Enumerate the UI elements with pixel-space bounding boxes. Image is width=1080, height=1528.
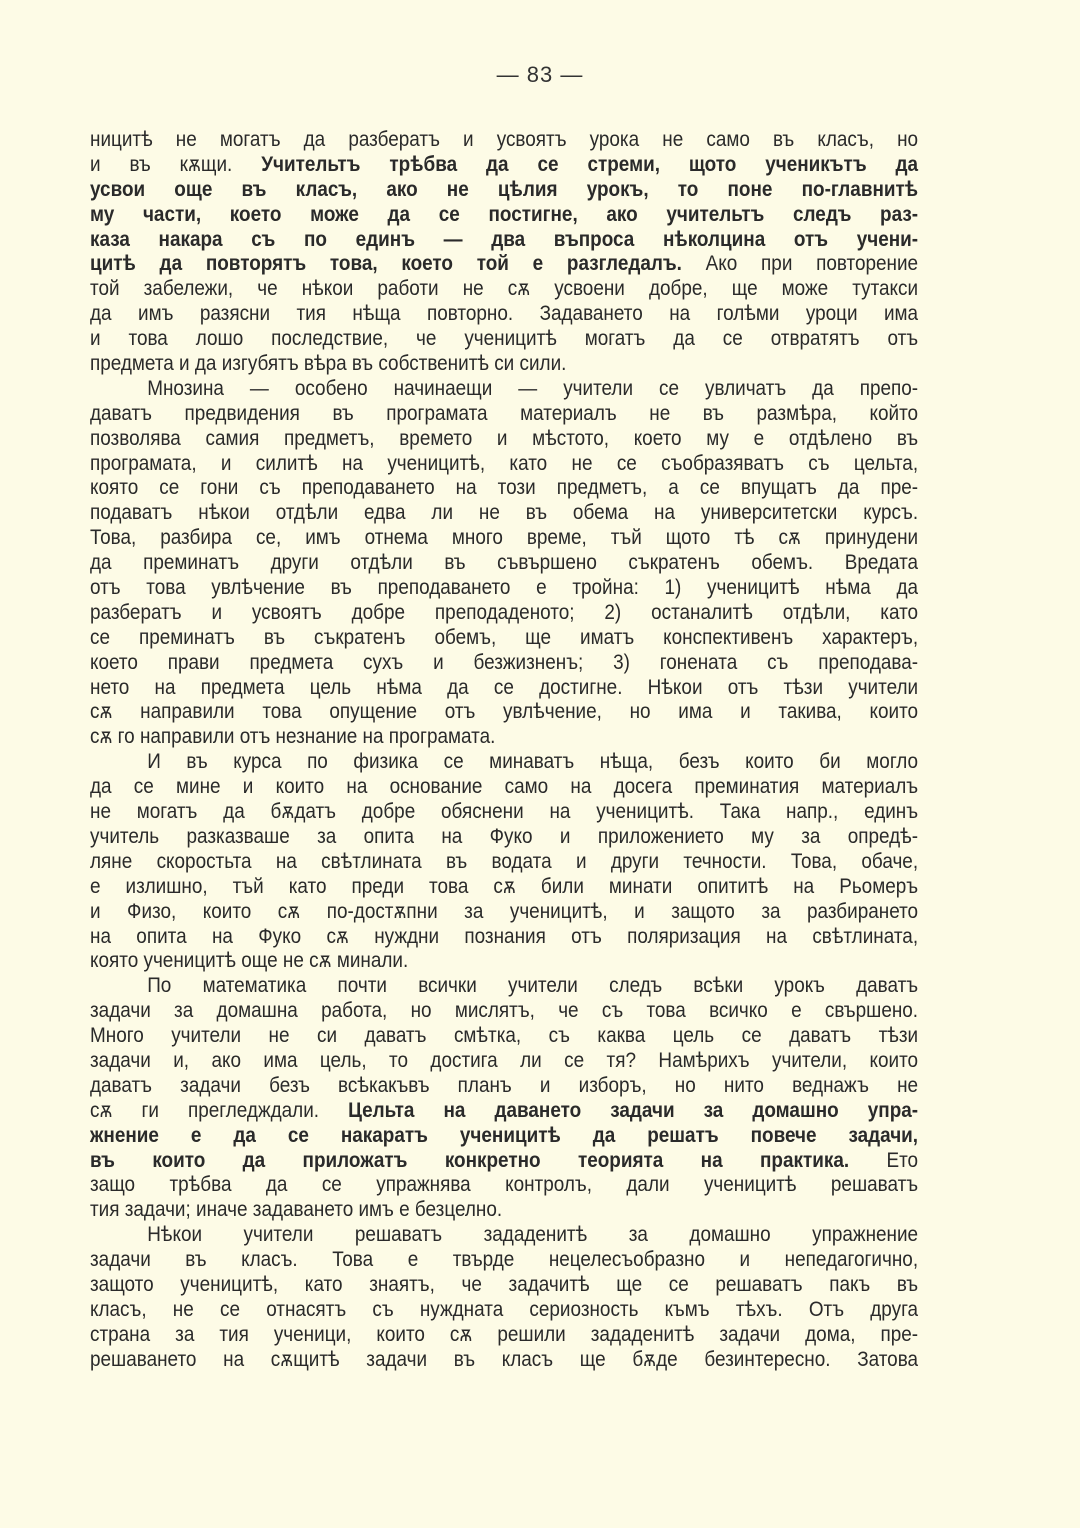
text-line: цитѣ да повторятъ това, което той е разг… bbox=[90, 251, 918, 276]
paragraph: Мнозина — особено начинаещи — учители се… bbox=[90, 376, 918, 749]
text-segment: предмета и да изгубятъ вѣра въ собствени… bbox=[90, 351, 566, 375]
text-line: отъ това увлѣчение въ преподаването е тр… bbox=[90, 575, 918, 600]
text-line: Много учители не си даватъ смѣтка, съ ка… bbox=[90, 1023, 918, 1048]
text-segment: и въ кѫщи. bbox=[90, 152, 261, 176]
emphasized-text: цитѣ да повторятъ това, което той е разг… bbox=[90, 251, 682, 275]
emphasized-text: му части, което може да се постигне, ако… bbox=[90, 202, 918, 226]
text-line: решаването на сѫщитѣ задачи въ класъ ще … bbox=[90, 1347, 918, 1372]
text-line: да преминатъ други отдѣли въ съвършено с… bbox=[90, 550, 918, 575]
text-line: позволява самия предметъ, времето и мѣст… bbox=[90, 426, 918, 451]
text-segment: Ето bbox=[849, 1148, 918, 1172]
text-line: И въ курса по физика се минаватъ нѣща, б… bbox=[90, 749, 918, 774]
text-segment: сѫ ги прегледждали. bbox=[90, 1098, 348, 1122]
text-line: подаватъ нѣкои отдѣли едва ли не въ обем… bbox=[90, 500, 918, 525]
text-segment: да се мине и които на основание само на … bbox=[90, 774, 918, 798]
text-segment: тия задачи; иначе задаването имъ е безце… bbox=[90, 1197, 502, 1221]
text-segment: нето на предмета цель нѣма да се достигн… bbox=[90, 675, 918, 699]
text-line: тия задачи; иначе задаването имъ е безце… bbox=[90, 1197, 918, 1222]
text-line: Това, разбира се, имъ отнема много време… bbox=[90, 525, 918, 550]
text-line: предмета и да изгубятъ вѣра въ собствени… bbox=[90, 351, 918, 376]
text-segment: задачи и, ако има цель, то достига ли се… bbox=[90, 1048, 918, 1072]
text-segment: страна за тия ученици, които сѫ решили з… bbox=[90, 1322, 918, 1346]
text-line: ляне скоростьта на свѣтлината въ водата … bbox=[90, 849, 918, 874]
text-line: защо трѣбва да се упражнява контролъ, да… bbox=[90, 1172, 918, 1197]
paragraph: Нѣкои учители решаватъ зададенитѣ за дом… bbox=[90, 1222, 918, 1371]
text-segment: позволява самия предметъ, времето и мѣст… bbox=[90, 426, 918, 450]
text-segment: разбератъ и усвоятъ добре преподаденото;… bbox=[90, 600, 918, 624]
text-line: класъ, не се отнасятъ съ нуждната сериоз… bbox=[90, 1297, 918, 1322]
text-segment: се преминатъ въ съкратенъ обемъ, ще имат… bbox=[90, 625, 918, 649]
text-segment: отъ това увлѣчение въ преподаването е тр… bbox=[90, 575, 918, 599]
text-segment: сѫ го направили отъ незнание на програма… bbox=[90, 724, 495, 748]
text-line: сѫ го направили отъ незнание на програма… bbox=[90, 724, 918, 749]
text-segment: И въ курса по физика се минаватъ нѣща, б… bbox=[147, 749, 918, 773]
text-segment: което прави предмета сухъ и безжизненъ; … bbox=[90, 650, 918, 674]
text-line: задачи за домашна работа, но мислятъ, че… bbox=[90, 998, 918, 1023]
text-segment: която се гони съ преподаването на този п… bbox=[90, 475, 918, 499]
text-segment: Това, разбира се, имъ отнема много време… bbox=[90, 525, 918, 549]
text-line: даватъ задачи безъ всѣкакъвъ планъ и изб… bbox=[90, 1073, 918, 1098]
text-line: да имъ разясни тия нѣща повторно. Задава… bbox=[90, 301, 918, 326]
text-segment: даватъ задачи безъ всѣкакъвъ планъ и изб… bbox=[90, 1073, 918, 1097]
paragraph: По математика почти всички учители следъ… bbox=[90, 973, 918, 1222]
text-line: да се мине и които на основание само на … bbox=[90, 774, 918, 799]
text-segment: даватъ предвидения въ програмата материа… bbox=[90, 401, 918, 425]
text-line: и това лошо последствие, че ученицитѣ мо… bbox=[90, 326, 918, 351]
text-line: се преминатъ въ съкратенъ обемъ, ще имат… bbox=[90, 625, 918, 650]
text-line: ницитѣ не могатъ да разбератъ и усвоятъ … bbox=[90, 127, 918, 152]
text-segment: сѫ направили това опущение отъ увлѣчение… bbox=[90, 699, 918, 723]
text-segment: задачи за домашна работа, но мислятъ, че… bbox=[90, 998, 918, 1022]
emphasized-text: каза накара съ по единъ — два въпроса нѣ… bbox=[90, 227, 918, 251]
text-segment: да преминатъ други отдѣли въ съвършено с… bbox=[90, 550, 918, 574]
page-number: — 83 — bbox=[0, 62, 1080, 88]
text-segment: той забележи, че нѣкои работи не сѫ усво… bbox=[90, 276, 918, 300]
text-segment: и това лошо последствие, че ученицитѣ мо… bbox=[90, 326, 918, 350]
text-line: Мнозина — особено начинаещи — учители се… bbox=[90, 376, 918, 401]
text-line: усвои още въ класъ, ако не цѣлия урокъ, … bbox=[90, 177, 918, 202]
text-segment: Нѣкои учители решаватъ зададенитѣ за дом… bbox=[147, 1222, 918, 1246]
text-line: програмата, и силитѣ на ученицитѣ, като … bbox=[90, 451, 918, 476]
text-segment: Ако при повторение bbox=[682, 251, 918, 275]
text-line: задачи и, ако има цель, то достига ли се… bbox=[90, 1048, 918, 1073]
text-line: нето на предмета цель нѣма да се достигн… bbox=[90, 675, 918, 700]
text-line: каза накара съ по единъ — два въпроса нѣ… bbox=[90, 227, 918, 252]
emphasized-text: усвои още въ класъ, ако не цѣлия урокъ, … bbox=[90, 177, 918, 201]
text-line: жнение е да се накаратъ ученицитѣ да реш… bbox=[90, 1123, 918, 1148]
text-line: му части, което може да се постигне, ако… bbox=[90, 202, 918, 227]
paragraph: ницитѣ не могатъ да разбератъ и усвоятъ … bbox=[90, 127, 918, 376]
text-segment: ницитѣ не могатъ да разбератъ и усвоятъ … bbox=[90, 127, 918, 151]
text-line: страна за тия ученици, които сѫ решили з… bbox=[90, 1322, 918, 1347]
text-line: разбератъ и усвоятъ добре преподаденото;… bbox=[90, 600, 918, 625]
text-line: Нѣкои учители решаватъ зададенитѣ за дом… bbox=[90, 1222, 918, 1247]
text-segment: на опита на Фуко сѫ нуждни познания отъ … bbox=[90, 924, 918, 948]
text-segment: и Физо, които сѫ по-достѫпни за ученицит… bbox=[90, 899, 918, 923]
text-segment: задачи въ класъ. Това е твърде нецелесъо… bbox=[90, 1247, 918, 1271]
text-line: сѫ ги прегледждали. Цельта на даването з… bbox=[90, 1098, 918, 1123]
text-line: която ученицитѣ още не сѫ минали. bbox=[90, 948, 918, 973]
text-segment: Мнозина — особено начинаещи — учители се… bbox=[147, 376, 918, 400]
emphasized-text: жнение е да се накаратъ ученицитѣ да реш… bbox=[90, 1123, 918, 1147]
text-segment: която ученицитѣ още не сѫ минали. bbox=[90, 948, 408, 972]
emphasized-text: Цельта на даването задачи за домашно упр… bbox=[348, 1098, 918, 1122]
text-line: защото ученицитѣ, като знаятъ, че задачи… bbox=[90, 1272, 918, 1297]
text-segment: не могатъ да бѫдатъ добре обяснени на уч… bbox=[90, 799, 918, 823]
paragraph: И въ курса по физика се минаватъ нѣща, б… bbox=[90, 749, 918, 973]
text-line: което прави предмета сухъ и безжизненъ; … bbox=[90, 650, 918, 675]
text-segment: По математика почти всички учители следъ… bbox=[147, 973, 918, 997]
text-line: на опита на Фуко сѫ нуждни познания отъ … bbox=[90, 924, 918, 949]
text-line: въ които да приложатъ конкретно теорията… bbox=[90, 1148, 918, 1173]
text-line: не могатъ да бѫдатъ добре обяснени на уч… bbox=[90, 799, 918, 824]
text-segment: Много учители не си даватъ смѣтка, съ ка… bbox=[90, 1023, 918, 1047]
text-segment: защо трѣбва да се упражнява контролъ, да… bbox=[90, 1172, 918, 1196]
text-line: и въ кѫщи. Учительтъ трѣбва да се стреми… bbox=[90, 152, 918, 177]
text-line: сѫ направили това опущение отъ увлѣчение… bbox=[90, 699, 918, 724]
text-segment: подаватъ нѣкои отдѣли едва ли не въ обем… bbox=[90, 500, 918, 524]
text-line: учитель разказваше за опита на Фуко и пр… bbox=[90, 824, 918, 849]
text-segment: защото ученицитѣ, като знаятъ, че задачи… bbox=[90, 1272, 918, 1296]
text-segment: решаването на сѫщитѣ задачи въ класъ ще … bbox=[90, 1347, 918, 1371]
text-line: По математика почти всички учители следъ… bbox=[90, 973, 918, 998]
text-line: задачи въ класъ. Това е твърде нецелесъо… bbox=[90, 1247, 918, 1272]
text-segment: да имъ разясни тия нѣща повторно. Задава… bbox=[90, 301, 918, 325]
emphasized-text: Учительтъ трѣбва да се стреми, щото учен… bbox=[261, 152, 918, 176]
text-line: той забележи, че нѣкои работи не сѫ усво… bbox=[90, 276, 918, 301]
text-line: която се гони съ преподаването на този п… bbox=[90, 475, 918, 500]
text-segment: ляне скоростьта на свѣтлината въ водата … bbox=[90, 849, 918, 873]
text-line: даватъ предвидения въ програмата материа… bbox=[90, 401, 918, 426]
text-line: и Физо, които сѫ по-достѫпни за ученицит… bbox=[90, 899, 918, 924]
text-segment: класъ, не се отнасятъ съ нуждната сериоз… bbox=[90, 1297, 918, 1321]
text-segment: програмата, и силитѣ на ученицитѣ, като … bbox=[90, 451, 918, 475]
body-text: ницитѣ не могатъ да разбератъ и усвоятъ … bbox=[90, 127, 918, 1372]
text-line: е излишно, тъй като преди това сѫ били м… bbox=[90, 874, 918, 899]
text-segment: е излишно, тъй като преди това сѫ били м… bbox=[90, 874, 918, 898]
emphasized-text: въ които да приложатъ конкретно теорията… bbox=[90, 1148, 849, 1172]
text-segment: учитель разказваше за опита на Фуко и пр… bbox=[90, 824, 918, 848]
